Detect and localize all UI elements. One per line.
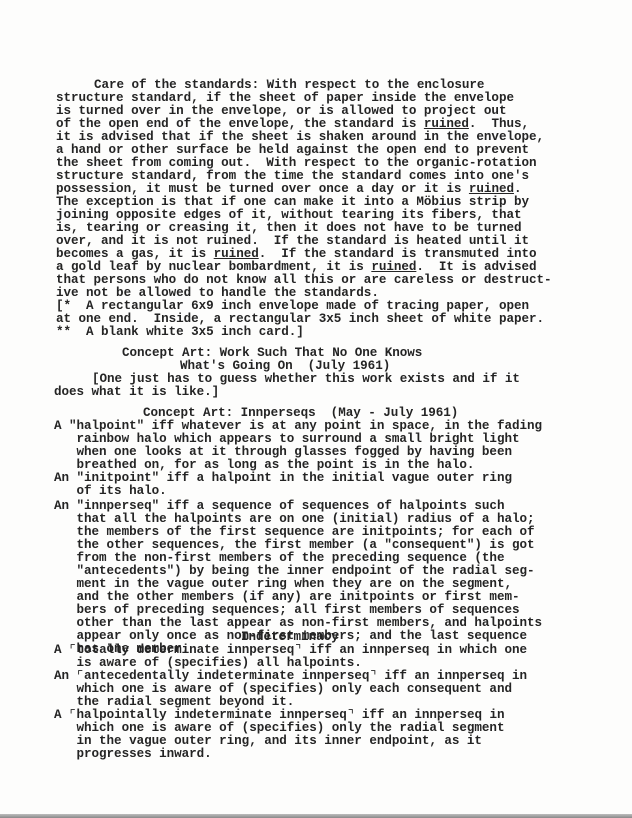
text-segment: . It is advised	[416, 260, 536, 274]
text-segment: . Thus,	[469, 117, 529, 131]
underlined-ruined: ruined	[371, 260, 416, 274]
text-segment: possession, it must be turned over once …	[56, 182, 469, 196]
text-segment: of the open end of the envelope, the sta…	[56, 117, 424, 131]
text-line: does what it is like.]	[54, 386, 219, 399]
page-bottom-edge	[0, 814, 632, 818]
text-segment: a gold leaf by nuclear bombardment, it i…	[56, 260, 371, 274]
underlined-ruined: ruined	[469, 182, 514, 196]
definition-line: progresses inward.	[54, 748, 212, 761]
scanned-page: Care of the standards: With respect to t…	[0, 0, 632, 814]
definition-line: of its halo.	[54, 485, 167, 498]
text-segment: . If the standard is transmuted into	[259, 247, 537, 261]
underlined-ruined: ruined	[214, 247, 259, 261]
footnote-line: ** A blank white 3x5 inch card.]	[56, 326, 304, 339]
text-segment: .	[514, 182, 522, 196]
text-segment: becomes a gas, it is	[56, 247, 214, 261]
underlined-ruined: ruined	[424, 117, 469, 131]
